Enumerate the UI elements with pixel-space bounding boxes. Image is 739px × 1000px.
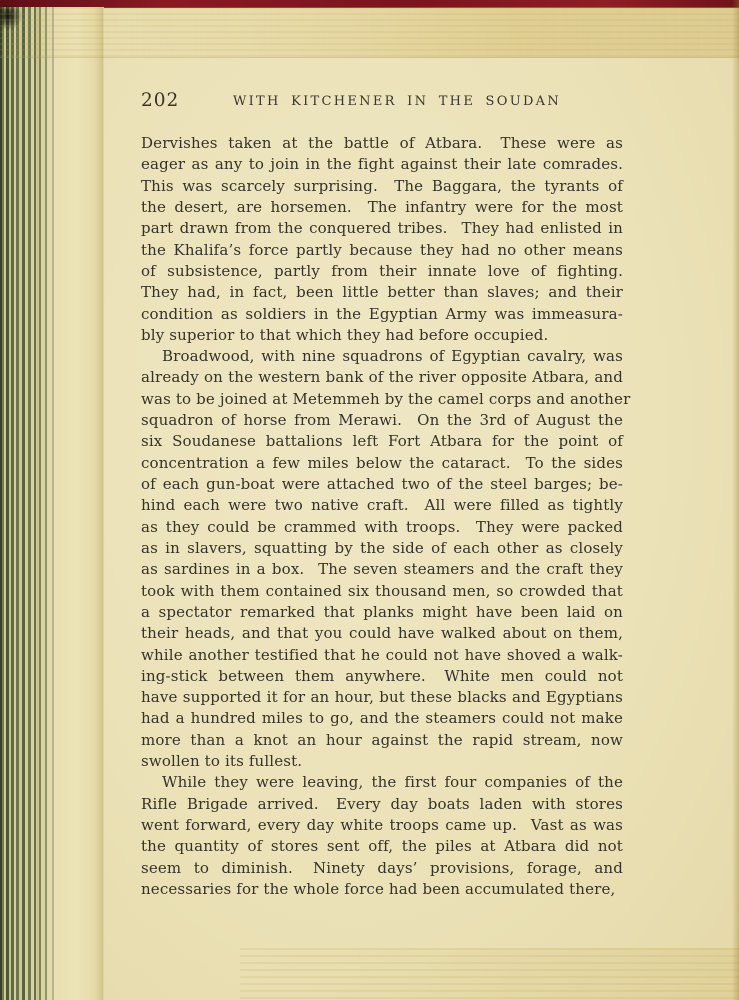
- text-line: the Khalifa’s force partly because they …: [141, 240, 623, 261]
- text-line: part drawn from the conquered tribes. Th…: [141, 218, 623, 239]
- page-edge-right: [732, 0, 739, 1000]
- text-line: eager as any to join in the fight agains…: [141, 154, 623, 175]
- text-line: have supported it for an hour, but these…: [141, 687, 623, 708]
- text-line: the desert, are horsemen. The infantry w…: [141, 197, 623, 218]
- text-line: Rifle Brigade arrived. Every day boats l…: [141, 794, 623, 815]
- text-line: was to be joined at Metemmeh by the came…: [141, 389, 623, 410]
- text-line: as sardines in a box. The seven steamers…: [141, 559, 623, 580]
- text-line: as they could be crammed with troops. Th…: [141, 517, 623, 538]
- text-line: necessaries for the whole force had been…: [141, 879, 623, 900]
- text-line: as in slavers, squatting by the side of …: [141, 538, 623, 559]
- text-line: more than a knot an hour against the rap…: [141, 730, 623, 751]
- scanned-book-page: 202 WITH KITCHENER IN THE SOUDAN Dervish…: [0, 0, 739, 1000]
- text-line: took with them contained six thousand me…: [141, 581, 623, 602]
- under-page-edge: [58, 7, 104, 1000]
- text-line: their heads, and that you could have wal…: [141, 623, 623, 644]
- text-line: This was scarcely surprising. The Baggar…: [141, 176, 623, 197]
- text-line: condition as soldiers in the Egyptian Ar…: [141, 304, 623, 325]
- text-line: already on the western bank of the river…: [141, 367, 623, 388]
- text-line: Broadwood, with nine squadrons of Egypti…: [141, 346, 623, 367]
- text-line: the quantity of stores sent off, the pil…: [141, 836, 623, 857]
- text-body: Dervishes taken at the battle of Atbara.…: [141, 133, 623, 900]
- text-line: of each gun-boat were attached two of th…: [141, 474, 623, 495]
- text-line: squadron of horse from Merawi. On the 3r…: [141, 410, 623, 431]
- text-line: They had, in fact, been little better th…: [141, 282, 623, 303]
- text-line: of subsistence, partly from their innate…: [141, 261, 623, 282]
- text-line: ing-stick between them anywhere. White m…: [141, 666, 623, 687]
- text-line: Dervishes taken at the battle of Atbara.…: [141, 133, 623, 154]
- printed-area: 202 WITH KITCHENER IN THE SOUDAN Dervish…: [141, 92, 623, 900]
- page-header: 202 WITH KITCHENER IN THE SOUDAN: [141, 92, 623, 114]
- text-line: While they were leaving, the first four …: [141, 772, 623, 793]
- text-line: while another testified that he could no…: [141, 645, 623, 666]
- text-line: had a hundred miles to go, and the steam…: [141, 708, 623, 729]
- text-line: hind each were two native craft. All wer…: [141, 495, 623, 516]
- text-line: a spectator remarked that planks might h…: [141, 602, 623, 623]
- text-line: concentration a few miles below the cata…: [141, 453, 623, 474]
- text-line: six Soudanese battalions left Fort Atbar…: [141, 431, 623, 452]
- text-line: bly superior to that which they had befo…: [141, 325, 623, 346]
- book-spine-page-edges: [0, 7, 58, 1000]
- text-line: swollen to its fullest.: [141, 751, 623, 772]
- running-title: WITH KITCHENER IN THE SOUDAN: [171, 94, 623, 109]
- page-edge-bottom: [240, 948, 739, 1000]
- page-edge-top: [0, 7, 739, 58]
- text-line: seem to diminish. Ninety days’ provision…: [141, 858, 623, 879]
- text-line: went forward, every day white troops cam…: [141, 815, 623, 836]
